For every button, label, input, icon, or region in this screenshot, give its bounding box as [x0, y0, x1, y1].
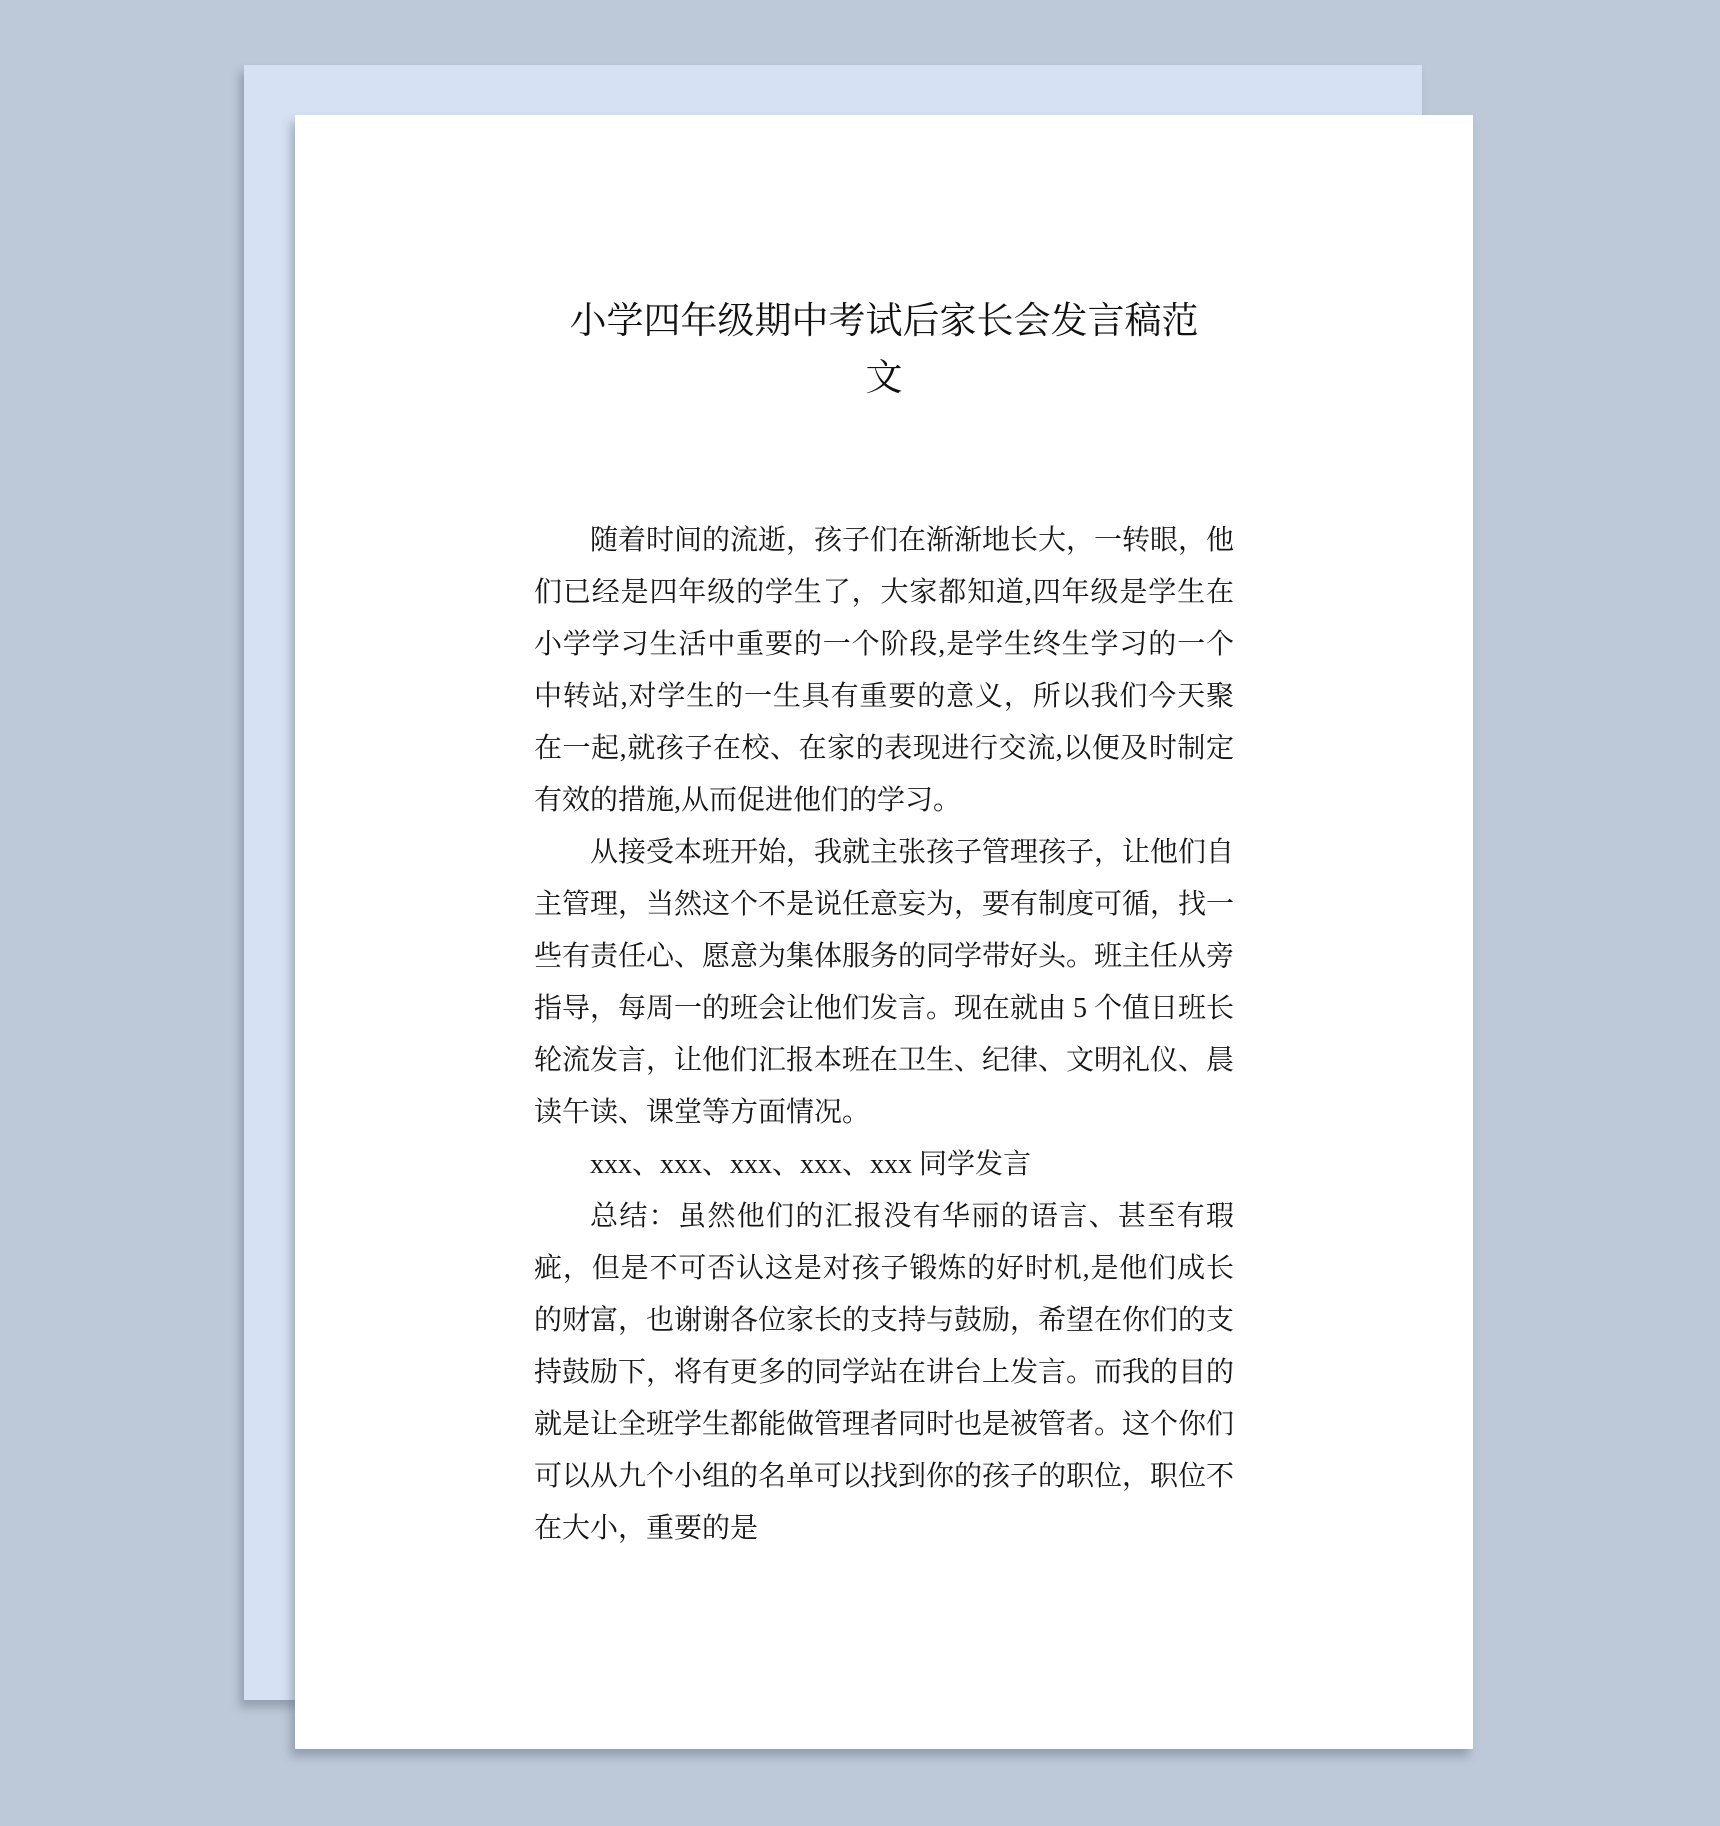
document-preview-canvas: 小学四年级期中考试后家长会发言稿范文 随着时间的流逝，孩子们在渐渐地长大，一转眼… — [0, 0, 1720, 1826]
paragraph-3: xxx、xxx、xxx、xxx、xxx 同学发言 — [534, 1139, 1234, 1191]
document-page: 小学四年级期中考试后家长会发言稿范文 随着时间的流逝，孩子们在渐渐地长大，一转眼… — [295, 115, 1473, 1749]
paragraph-1: 随着时间的流逝，孩子们在渐渐地长大，一转眼，他们已经是四年级的学生了，大家都知道… — [534, 515, 1234, 827]
document-body: 随着时间的流逝，孩子们在渐渐地长大，一转眼，他们已经是四年级的学生了，大家都知道… — [534, 515, 1234, 1555]
document-title: 小学四年级期中考试后家长会发言稿范文 — [559, 293, 1209, 407]
paragraph-4: 总结：虽然他们的汇报没有华丽的语言、甚至有瑕疵，但是不可否认这是对孩子锻炼的好时… — [534, 1191, 1234, 1555]
paragraph-2: 从接受本班开始，我就主张孩子管理孩子，让他们自主管理，当然这个不是说任意妄为，要… — [534, 827, 1234, 1139]
